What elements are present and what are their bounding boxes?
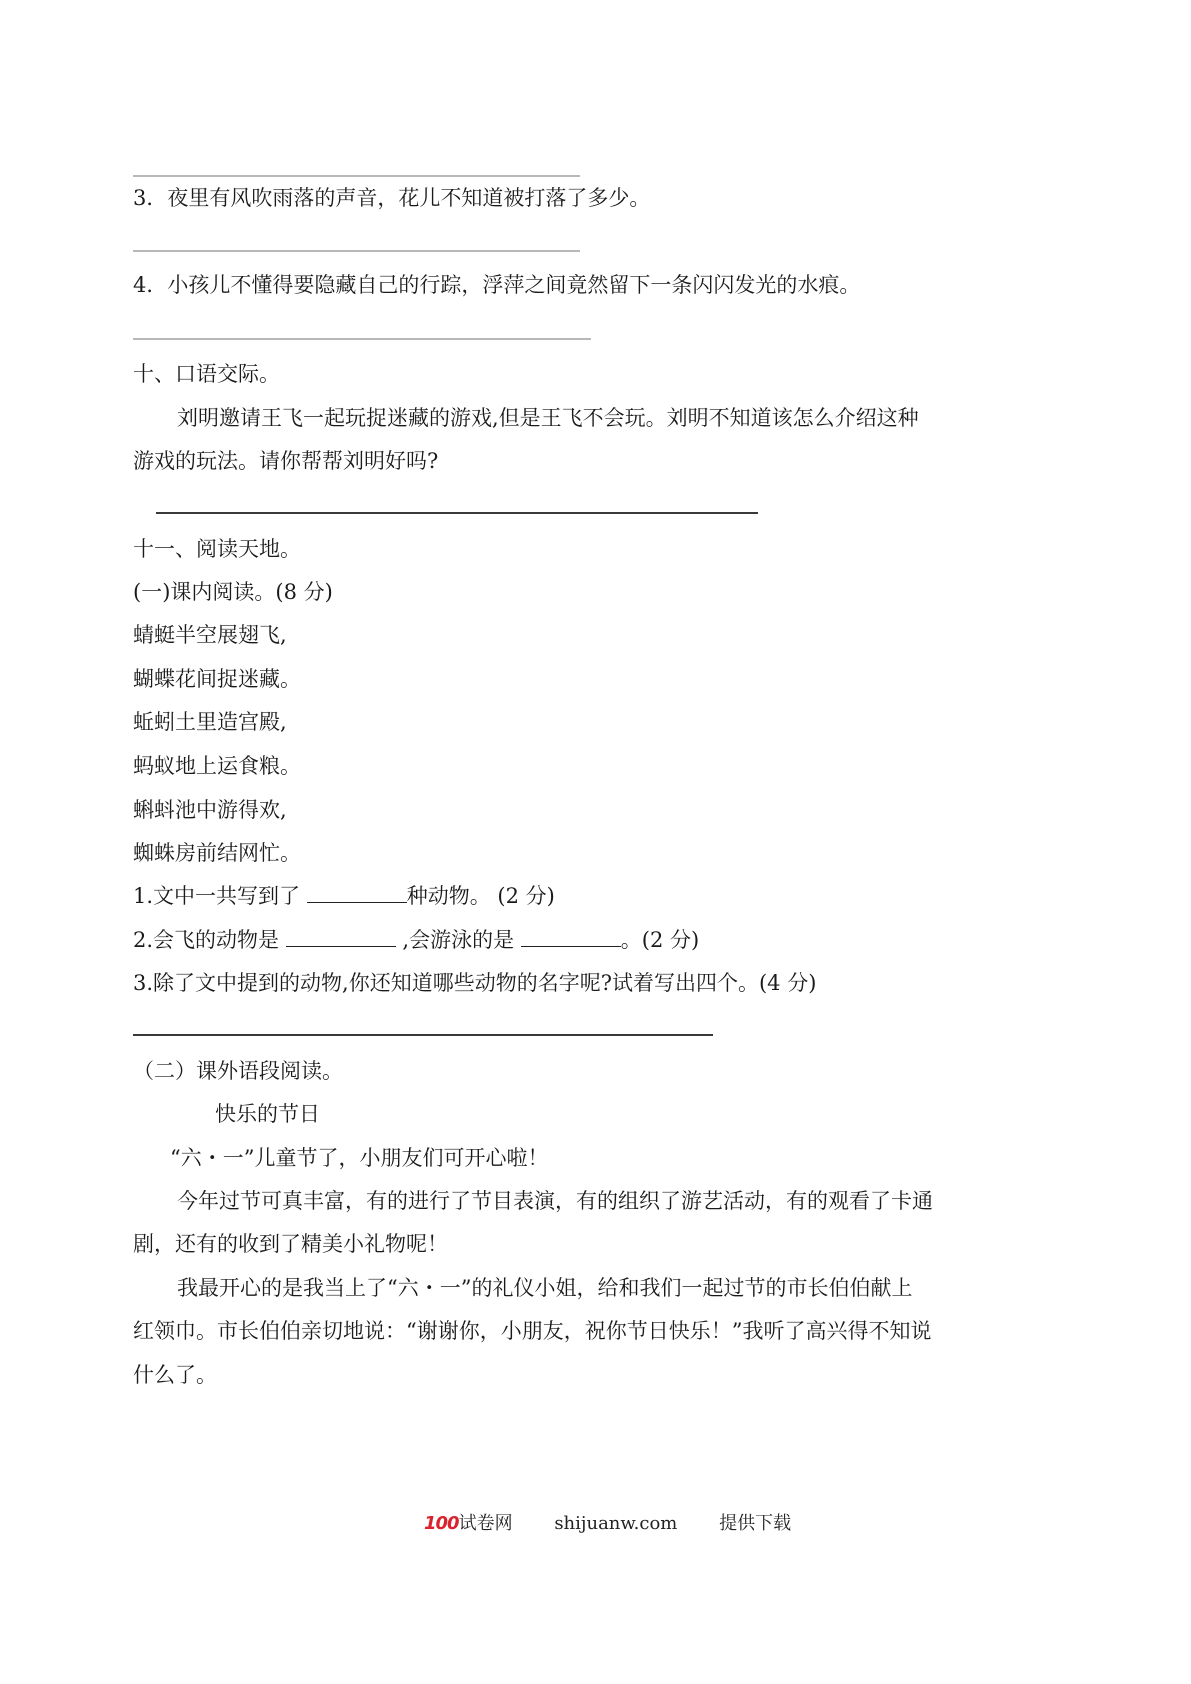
passage-line: 我最开心的是我当上了“六・一”的礼仪小姐，给和我们一起过节的市长伯伯献上 xyxy=(177,1274,912,1302)
question-2-middle: ,会游泳的是 xyxy=(396,928,521,952)
poem-line: 蜘蛛房前结网忙。 xyxy=(133,839,301,867)
question-1-suffix: 种动物。 (2 分) xyxy=(407,884,555,908)
logo-100-icon: 100 xyxy=(424,1513,459,1534)
logo-text: 试卷网 xyxy=(459,1513,513,1534)
answer-blank-fly[interactable] xyxy=(286,926,396,947)
passage-title: 快乐的节日 xyxy=(215,1100,320,1128)
answer-line[interactable] xyxy=(133,175,580,177)
question-2-suffix: 。(2 分) xyxy=(621,928,699,952)
question-1-text: 1.文中一共写到了 xyxy=(133,884,307,908)
poem-line: 蜻蜓半空展翅飞, xyxy=(133,621,287,649)
footer-url[interactable]: shijuanw.com xyxy=(554,1513,677,1534)
question-4-text: 4．小孩儿不懂得要隐藏自己的行踪，浮萍之间竟然留下一条闪闪发光的水痕。 xyxy=(133,271,860,299)
part1-heading: (一)课内阅读。(8 分) xyxy=(133,578,333,606)
question-1: 1.文中一共写到了 种动物。 (2 分) xyxy=(133,882,555,910)
answer-line[interactable] xyxy=(156,512,758,514)
answer-blank-swim[interactable] xyxy=(521,926,621,947)
poem-line: 蝌蚪池中游得欢, xyxy=(133,796,287,824)
poem-line: 蚯蚓土里造宫殿, xyxy=(133,708,287,736)
passage-line: “六・一”儿童节了，小朋友们可开心啦！ xyxy=(170,1144,548,1172)
answer-line[interactable] xyxy=(133,1034,713,1036)
answer-blank[interactable] xyxy=(307,882,407,903)
answer-line[interactable] xyxy=(133,250,580,252)
footer-tagline: 提供下载 xyxy=(719,1513,791,1534)
section-10-heading: 十、口语交际。 xyxy=(133,360,280,388)
question-2: 2.会飞的动物是 ,会游泳的是 。(2 分) xyxy=(133,926,699,954)
footer: 100试卷网 shijuanw.com 提供下载 xyxy=(424,1512,791,1536)
passage-line: 今年过节可真丰富，有的进行了节目表演，有的组织了游艺活动，有的观看了卡通 xyxy=(177,1187,933,1215)
poem-line: 蚂蚁地上运食粮。 xyxy=(133,752,301,780)
section-10-paragraph-line2: 游戏的玩法。请你帮帮刘明好吗? xyxy=(133,447,438,475)
passage-line: 红领巾。市长伯伯亲切地说：“谢谢你，小朋友，祝你节日快乐！”我听了高兴得不知说 xyxy=(133,1317,931,1345)
section-10-paragraph-line1: 刘明邀请王飞一起玩捉迷藏的游戏,但是王飞不会玩。刘明不知道该怎么介绍这种 xyxy=(177,404,919,432)
answer-line[interactable] xyxy=(133,338,591,340)
passage-line: 什么了。 xyxy=(133,1361,217,1389)
part2-heading: （二）课外语段阅读。 xyxy=(133,1057,343,1085)
question-2-text: 2.会飞的动物是 xyxy=(133,928,286,952)
poem-line: 蝴蝶花间捉迷藏。 xyxy=(133,665,301,693)
passage-line: 剧，还有的收到了精美小礼物呢！ xyxy=(133,1230,448,1258)
question-3-text: 3．夜里有风吹雨落的声音，花儿不知道被打落了多少。 xyxy=(133,184,650,212)
question-3: 3.除了文中提到的动物,你还知道哪些动物的名字呢?试着写出四个。(4 分) xyxy=(133,969,816,997)
section-11-heading: 十一、阅读天地。 xyxy=(133,535,301,563)
